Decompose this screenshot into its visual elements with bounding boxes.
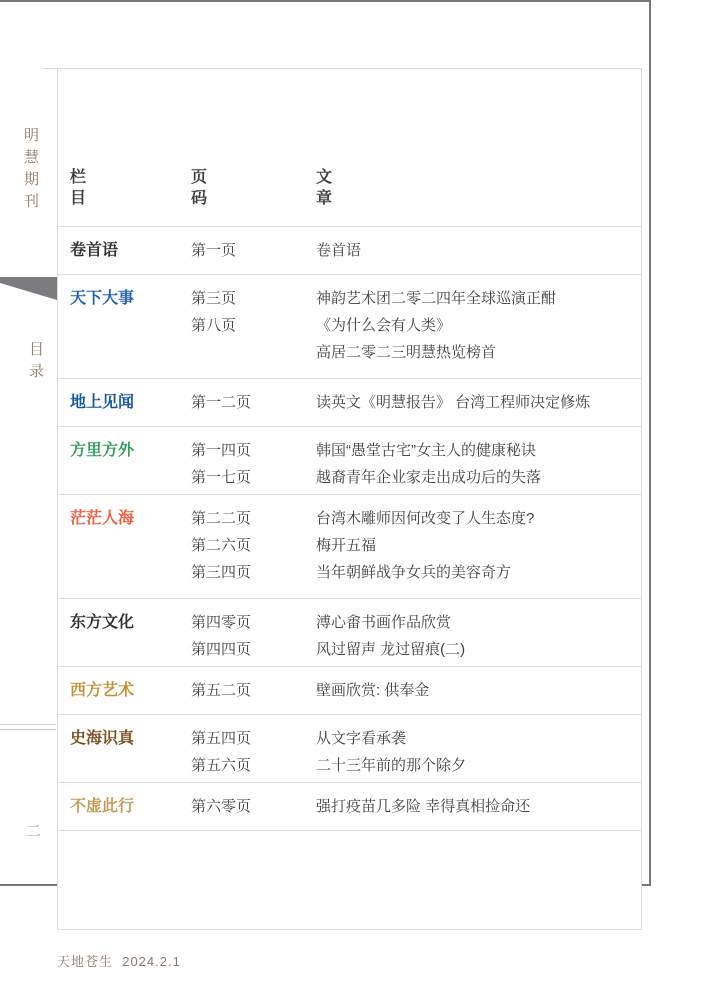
article-title-cell: 台湾木雕师因何改变了人生态度?梅开五福当年朝鲜战争女兵的美容奇方 <box>316 505 641 598</box>
toc-table: 栏 目 页 码 文 章 卷首语 第一页 卷首语 天下大事 第三页第八页 神韵艺术… <box>57 68 642 930</box>
article-title-cell: 读英文《明慧报告》 台湾工程师决定修炼 <box>316 389 641 426</box>
page-number-cell: 第一二页 <box>191 389 316 426</box>
article-title: 《为什么会有人类》 <box>316 312 633 339</box>
category-label: 不虚此行 <box>58 793 191 830</box>
toc-row: 卷首语 第一页 卷首语 <box>58 226 641 274</box>
article-title: 二十三年前的那个除夕 <box>316 752 633 779</box>
toc-row: 西方艺术 第五二页 壁画欣赏: 供奉金 <box>58 666 641 714</box>
page-number-cell: 第五二页 <box>191 677 316 714</box>
table-top-border-extension <box>43 68 57 69</box>
toc-rows: 卷首语 第一页 卷首语 天下大事 第三页第八页 神韵艺术团二零二四年全球巡演正酣… <box>58 226 641 830</box>
page-number: 第二二页 <box>191 505 316 532</box>
article-title: 壁画欣赏: 供奉金 <box>316 677 633 704</box>
article-title: 卷首语 <box>316 237 633 264</box>
article-title: 梅开五福 <box>316 532 633 559</box>
sidebar-double-rule <box>0 724 56 730</box>
category-label: 史海识真 <box>58 725 191 782</box>
category-label: 方里方外 <box>58 437 191 494</box>
page-number: 第六零页 <box>191 793 316 820</box>
page-number-cell: 第三页第八页 <box>191 285 316 378</box>
article-title-cell: 壁画欣赏: 供奉金 <box>316 677 641 714</box>
page-number-cell: 第六零页 <box>191 793 316 830</box>
page-number: 第五六页 <box>191 752 316 779</box>
toc-row: 史海识真 第五四页第五六页 从文字看承袭二十三年前的那个除夕 <box>58 714 641 782</box>
page-number: 第一页 <box>191 237 316 264</box>
category-label: 西方艺术 <box>58 677 191 714</box>
toc-row: 方里方外 第一四页第一七页 韩国“愚堂古宅”女主人的健康秘诀越裔青年企业家走出成… <box>58 426 641 494</box>
category-label: 地上见闻 <box>58 389 191 426</box>
page-number-cell: 第一四页第一七页 <box>191 437 316 494</box>
page-number: 第四零页 <box>191 609 316 636</box>
category-label: 茫茫人海 <box>58 505 191 598</box>
article-title-cell: 强打疫苗几多险 幸得真相捡命还 <box>316 793 641 830</box>
article-title: 越裔青年企业家走出成功后的失落 <box>316 464 633 491</box>
article-title-cell: 溥心畬书画作品欣赏风过留声 龙过留痕(二) <box>316 609 641 666</box>
section-wedge-marker <box>0 277 57 300</box>
page-number: 第三四页 <box>191 559 316 586</box>
article-title: 韩国“愚堂古宅”女主人的健康秘诀 <box>316 437 633 464</box>
page-number-cell: 第五四页第五六页 <box>191 725 316 782</box>
article-title: 风过留声 龙过留痕(二) <box>316 636 633 663</box>
article-title: 神韵艺术团二零二四年全球巡演正酣 <box>316 285 633 312</box>
page-number-cell: 第二二页第二六页第三四页 <box>191 505 316 598</box>
toc-row: 天下大事 第三页第八页 神韵艺术团二零二四年全球巡演正酣《为什么会有人类》高居二… <box>58 274 641 378</box>
article-title: 高居二零二三明慧热览榜首 <box>316 339 633 366</box>
article-title-cell: 从文字看承袭二十三年前的那个除夕 <box>316 725 641 782</box>
page-number-cell: 第一页 <box>191 237 316 274</box>
article-title-cell: 神韵艺术团二零二四年全球巡演正酣《为什么会有人类》高居二零二三明慧热览榜首 <box>316 285 641 378</box>
article-title: 从文字看承袭 <box>316 725 633 752</box>
header-page-column: 页 码 <box>191 167 316 209</box>
page-number: 第五二页 <box>191 677 316 704</box>
page-number: 第四四页 <box>191 636 316 663</box>
toc-row: 地上见闻 第一二页 读英文《明慧报告》 台湾工程师决定修炼 <box>58 378 641 426</box>
toc-row: 不虚此行 第六零页 强打疫苗几多险 幸得真相捡命还 <box>58 782 641 830</box>
page-number: 第二六页 <box>191 532 316 559</box>
article-title: 当年朝鲜战争女兵的美容奇方 <box>316 559 633 586</box>
article-title: 读英文《明慧报告》 台湾工程师决定修炼 <box>316 389 633 416</box>
header-section-column: 栏 目 <box>58 167 191 209</box>
toc-row: 茫茫人海 第二二页第二六页第三四页 台湾木雕师因何改变了人生态度?梅开五福当年朝… <box>58 494 641 598</box>
category-label: 天下大事 <box>58 285 191 378</box>
article-title-cell: 韩国“愚堂古宅”女主人的健康秘诀越裔青年企业家走出成功后的失落 <box>316 437 641 494</box>
page-number: 第五四页 <box>191 725 316 752</box>
toc-label-vertical: 目录 <box>25 341 46 385</box>
category-label: 卷首语 <box>58 237 191 274</box>
magazine-title-vertical: 明慧期刊 <box>20 127 41 215</box>
header-article-column: 文 章 <box>316 167 641 209</box>
toc-empty-row <box>58 830 641 929</box>
article-title-cell: 卷首语 <box>316 237 641 274</box>
toc-header-row: 栏 目 页 码 文 章 <box>58 69 641 226</box>
page-number: 第一七页 <box>191 464 316 491</box>
page-number-marker: 二 <box>26 820 41 841</box>
category-label: 东方文化 <box>58 609 191 666</box>
footer-issue-title-date: 天地苍生 2024.2.1 <box>57 951 181 970</box>
page-number: 第一四页 <box>191 437 316 464</box>
page-number: 第八页 <box>191 312 316 339</box>
article-title: 台湾木雕师因何改变了人生态度? <box>316 505 633 532</box>
article-title: 强打疫苗几多险 幸得真相捡命还 <box>316 793 633 820</box>
page-number: 第一二页 <box>191 389 316 416</box>
toc-row: 东方文化 第四零页第四四页 溥心畬书画作品欣赏风过留声 龙过留痕(二) <box>58 598 641 666</box>
article-title: 溥心畬书画作品欣赏 <box>316 609 633 636</box>
page-number: 第三页 <box>191 285 316 312</box>
page-number-cell: 第四零页第四四页 <box>191 609 316 666</box>
